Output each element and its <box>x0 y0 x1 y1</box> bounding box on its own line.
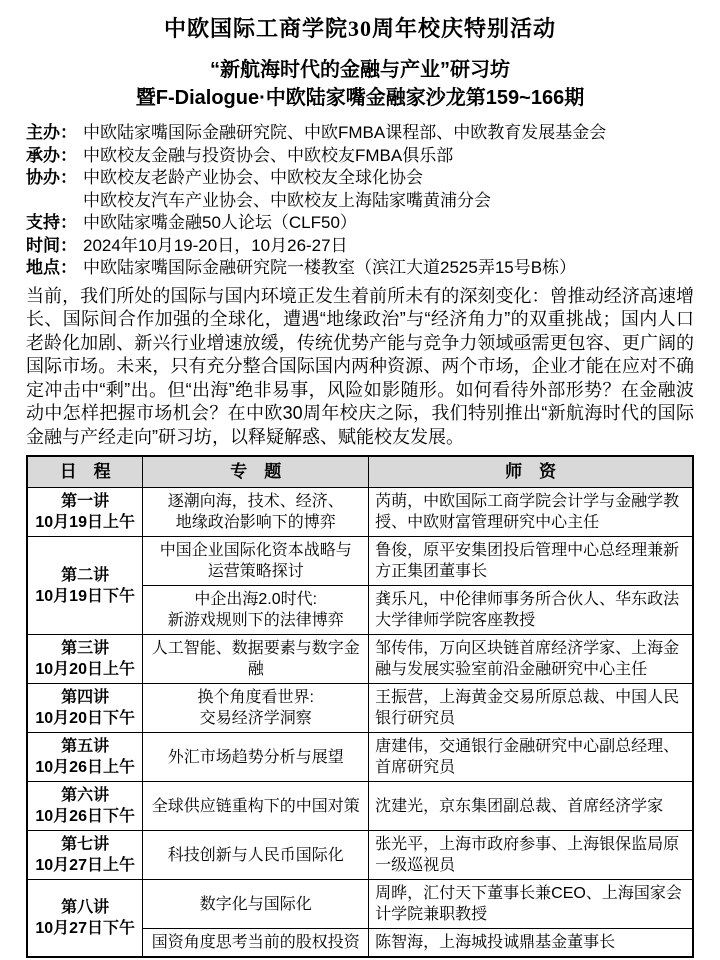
column-header-schedule: 日 程 <box>27 456 143 488</box>
info-line-host: 主办： 中欧陆家嘴国际金融研究院、中欧FMBA课程部、中欧教育发展基金会 <box>26 122 694 145</box>
session-cell: 第八讲 10月27日下午 <box>27 880 143 958</box>
speaker-cell: 沈建光，京东集团副总裁、首席经济学家 <box>369 782 693 831</box>
info-value: 中欧陆家嘴金融50人论坛（CLF50） <box>83 212 694 235</box>
schedule-table: 日 程 专 题 师 资 第一讲 10月19日上午 逐潮向海，技术、经济、 地缘政… <box>26 455 694 958</box>
info-value: 中欧校友汽车产业协会、中欧校友上海陆家嘴黄浦分会 <box>83 190 694 213</box>
topic-cell: 外汇市场趋势分析与展望 <box>143 733 369 782</box>
speaker-cell: 芮萌，中欧国际工商学院会计学与金融学教授、中欧财富管理研究中心主任 <box>369 488 693 537</box>
event-info-block: 主办： 中欧陆家嘴国际金融研究院、中欧FMBA课程部、中欧教育发展基金会 承办：… <box>26 122 694 280</box>
speaker-cell: 龚乐凡，中伦律师事务所合伙人、华东政法大学律师学院客座教授 <box>369 586 693 635</box>
intro-paragraph: 当前，我们所处的国际与国内环境正发生着前所未有的深刻变化：曾推动经济高速增长、国… <box>26 285 694 450</box>
speaker-cell: 王振营，上海黄金交易所原总裁、中国人民银行研究员 <box>369 684 693 733</box>
schedule-row: 第八讲 10月27日下午 数字化与国际化 周晔，汇付天下董事长兼CEO、上海国家… <box>27 880 693 929</box>
page-title: 中欧国际工商学院30周年校庆特别活动 <box>26 14 694 44</box>
info-value: 2024年10月19-20日，10月26-27日 <box>83 235 694 258</box>
column-header-faculty: 师 资 <box>369 456 693 488</box>
session-cell: 第四讲 10月20日下午 <box>27 684 143 733</box>
schedule-row: 第三讲 10月20日上午 人工智能、数据要素与数字金融 邹传伟，万向区块链首席经… <box>27 635 693 684</box>
subtitle-block: “新航海时代的金融与产业”研习坊 暨F-Dialogue·中欧陆家嘴金融家沙龙第… <box>26 56 694 112</box>
speaker-cell: 唐建伟，交通银行金融研究中心副总经理、首席研究员 <box>369 733 693 782</box>
speaker-cell: 张光平，上海市政府参事、上海银保监局原一级巡视员 <box>369 831 693 880</box>
topic-cell: 科技创新与人民币国际化 <box>143 831 369 880</box>
info-label: 承办： <box>26 145 83 168</box>
subtitle-workshop: “新航海时代的金融与产业”研习坊 <box>26 56 694 84</box>
info-label: 协办： <box>26 167 83 190</box>
info-label: 支持： <box>26 212 83 235</box>
session-cell: 第五讲 10月26日上午 <box>27 733 143 782</box>
column-header-topic: 专 题 <box>143 456 369 488</box>
session-cell: 第三讲 10月20日上午 <box>27 635 143 684</box>
schedule-row: 第四讲 10月20日下午 换个角度看世界: 交易经济学洞察 王振营，上海黄金交易… <box>27 684 693 733</box>
session-cell: 第一讲 10月19日上午 <box>27 488 143 537</box>
info-line-support: 支持： 中欧陆家嘴金融50人论坛（CLF50） <box>26 212 694 235</box>
topic-cell: 全球供应链重构下的中国对策 <box>143 782 369 831</box>
info-value: 中欧校友老龄产业协会、中欧校友全球化协会 <box>83 167 694 190</box>
document-page: 中欧国际工商学院30周年校庆特别活动 “新航海时代的金融与产业”研习坊 暨F-D… <box>0 0 720 960</box>
info-line-co-organizer-cont: 中欧校友汽车产业协会、中欧校友上海陆家嘴黄浦分会 <box>26 190 694 213</box>
info-label: 时间： <box>26 235 83 258</box>
schedule-row: 第五讲 10月26日上午 外汇市场趋势分析与展望 唐建伟，交通银行金融研究中心副… <box>27 733 693 782</box>
speaker-cell: 鲁俊，原平安集团投后管理中心总经理兼新方正集团董事长 <box>369 537 693 586</box>
speaker-cell: 周晔，汇付天下董事长兼CEO、上海国家会计学院兼职教授 <box>369 880 693 929</box>
info-line-co-organizer: 协办： 中欧校友老龄产业协会、中欧校友全球化协会 <box>26 167 694 190</box>
info-label: 主办： <box>26 122 83 145</box>
topic-cell: 中国企业国际化资本战略与 运营策略探讨 <box>143 537 369 586</box>
topic-cell: 国资角度思考当前的股权投资 <box>143 929 369 958</box>
session-cell: 第七讲 10月27日上午 <box>27 831 143 880</box>
info-line-organizer: 承办： 中欧校友金融与投资协会、中欧校友FMBA俱乐部 <box>26 145 694 168</box>
session-cell: 第六讲 10月26日下午 <box>27 782 143 831</box>
info-value: 中欧陆家嘴国际金融研究院、中欧FMBA课程部、中欧教育发展基金会 <box>83 122 694 145</box>
schedule-header-row: 日 程 专 题 师 资 <box>27 456 693 488</box>
info-value: 中欧校友金融与投资协会、中欧校友FMBA俱乐部 <box>83 145 694 168</box>
session-cell: 第二讲 10月19日下午 <box>27 537 143 635</box>
info-value: 中欧陆家嘴国际金融研究院一楼教室（滨江大道2525弄15号B栋） <box>83 257 694 280</box>
topic-cell: 人工智能、数据要素与数字金融 <box>143 635 369 684</box>
topic-cell: 换个角度看世界: 交易经济学洞察 <box>143 684 369 733</box>
schedule-row: 第二讲 10月19日下午 中国企业国际化资本战略与 运营策略探讨 鲁俊，原平安集… <box>27 537 693 586</box>
info-label: 地点： <box>26 257 83 280</box>
schedule-row: 第七讲 10月27日上午 科技创新与人民币国际化 张光平，上海市政府参事、上海银… <box>27 831 693 880</box>
schedule-row: 第一讲 10月19日上午 逐潮向海，技术、经济、 地缘政治影响下的博弈 芮萌，中… <box>27 488 693 537</box>
speaker-cell: 陈智海，上海城投诚鼎基金董事长 <box>369 929 693 958</box>
topic-cell: 中企出海2.0时代: 新游戏规则下的法律博弈 <box>143 586 369 635</box>
schedule-row: 第六讲 10月26日下午 全球供应链重构下的中国对策 沈建光，京东集团副总裁、首… <box>27 782 693 831</box>
info-label <box>26 190 83 213</box>
topic-cell: 逐潮向海，技术、经济、 地缘政治影响下的博弈 <box>143 488 369 537</box>
speaker-cell: 邹传伟，万向区块链首席经济学家、上海金融与发展实验室前沿金融研究中心主任 <box>369 635 693 684</box>
subtitle-salon-series: 暨F-Dialogue·中欧陆家嘴金融家沙龙第159~166期 <box>26 84 694 112</box>
info-line-location: 地点： 中欧陆家嘴国际金融研究院一楼教室（滨江大道2525弄15号B栋） <box>26 257 694 280</box>
topic-cell: 数字化与国际化 <box>143 880 369 929</box>
info-line-time: 时间： 2024年10月19-20日，10月26-27日 <box>26 235 694 258</box>
